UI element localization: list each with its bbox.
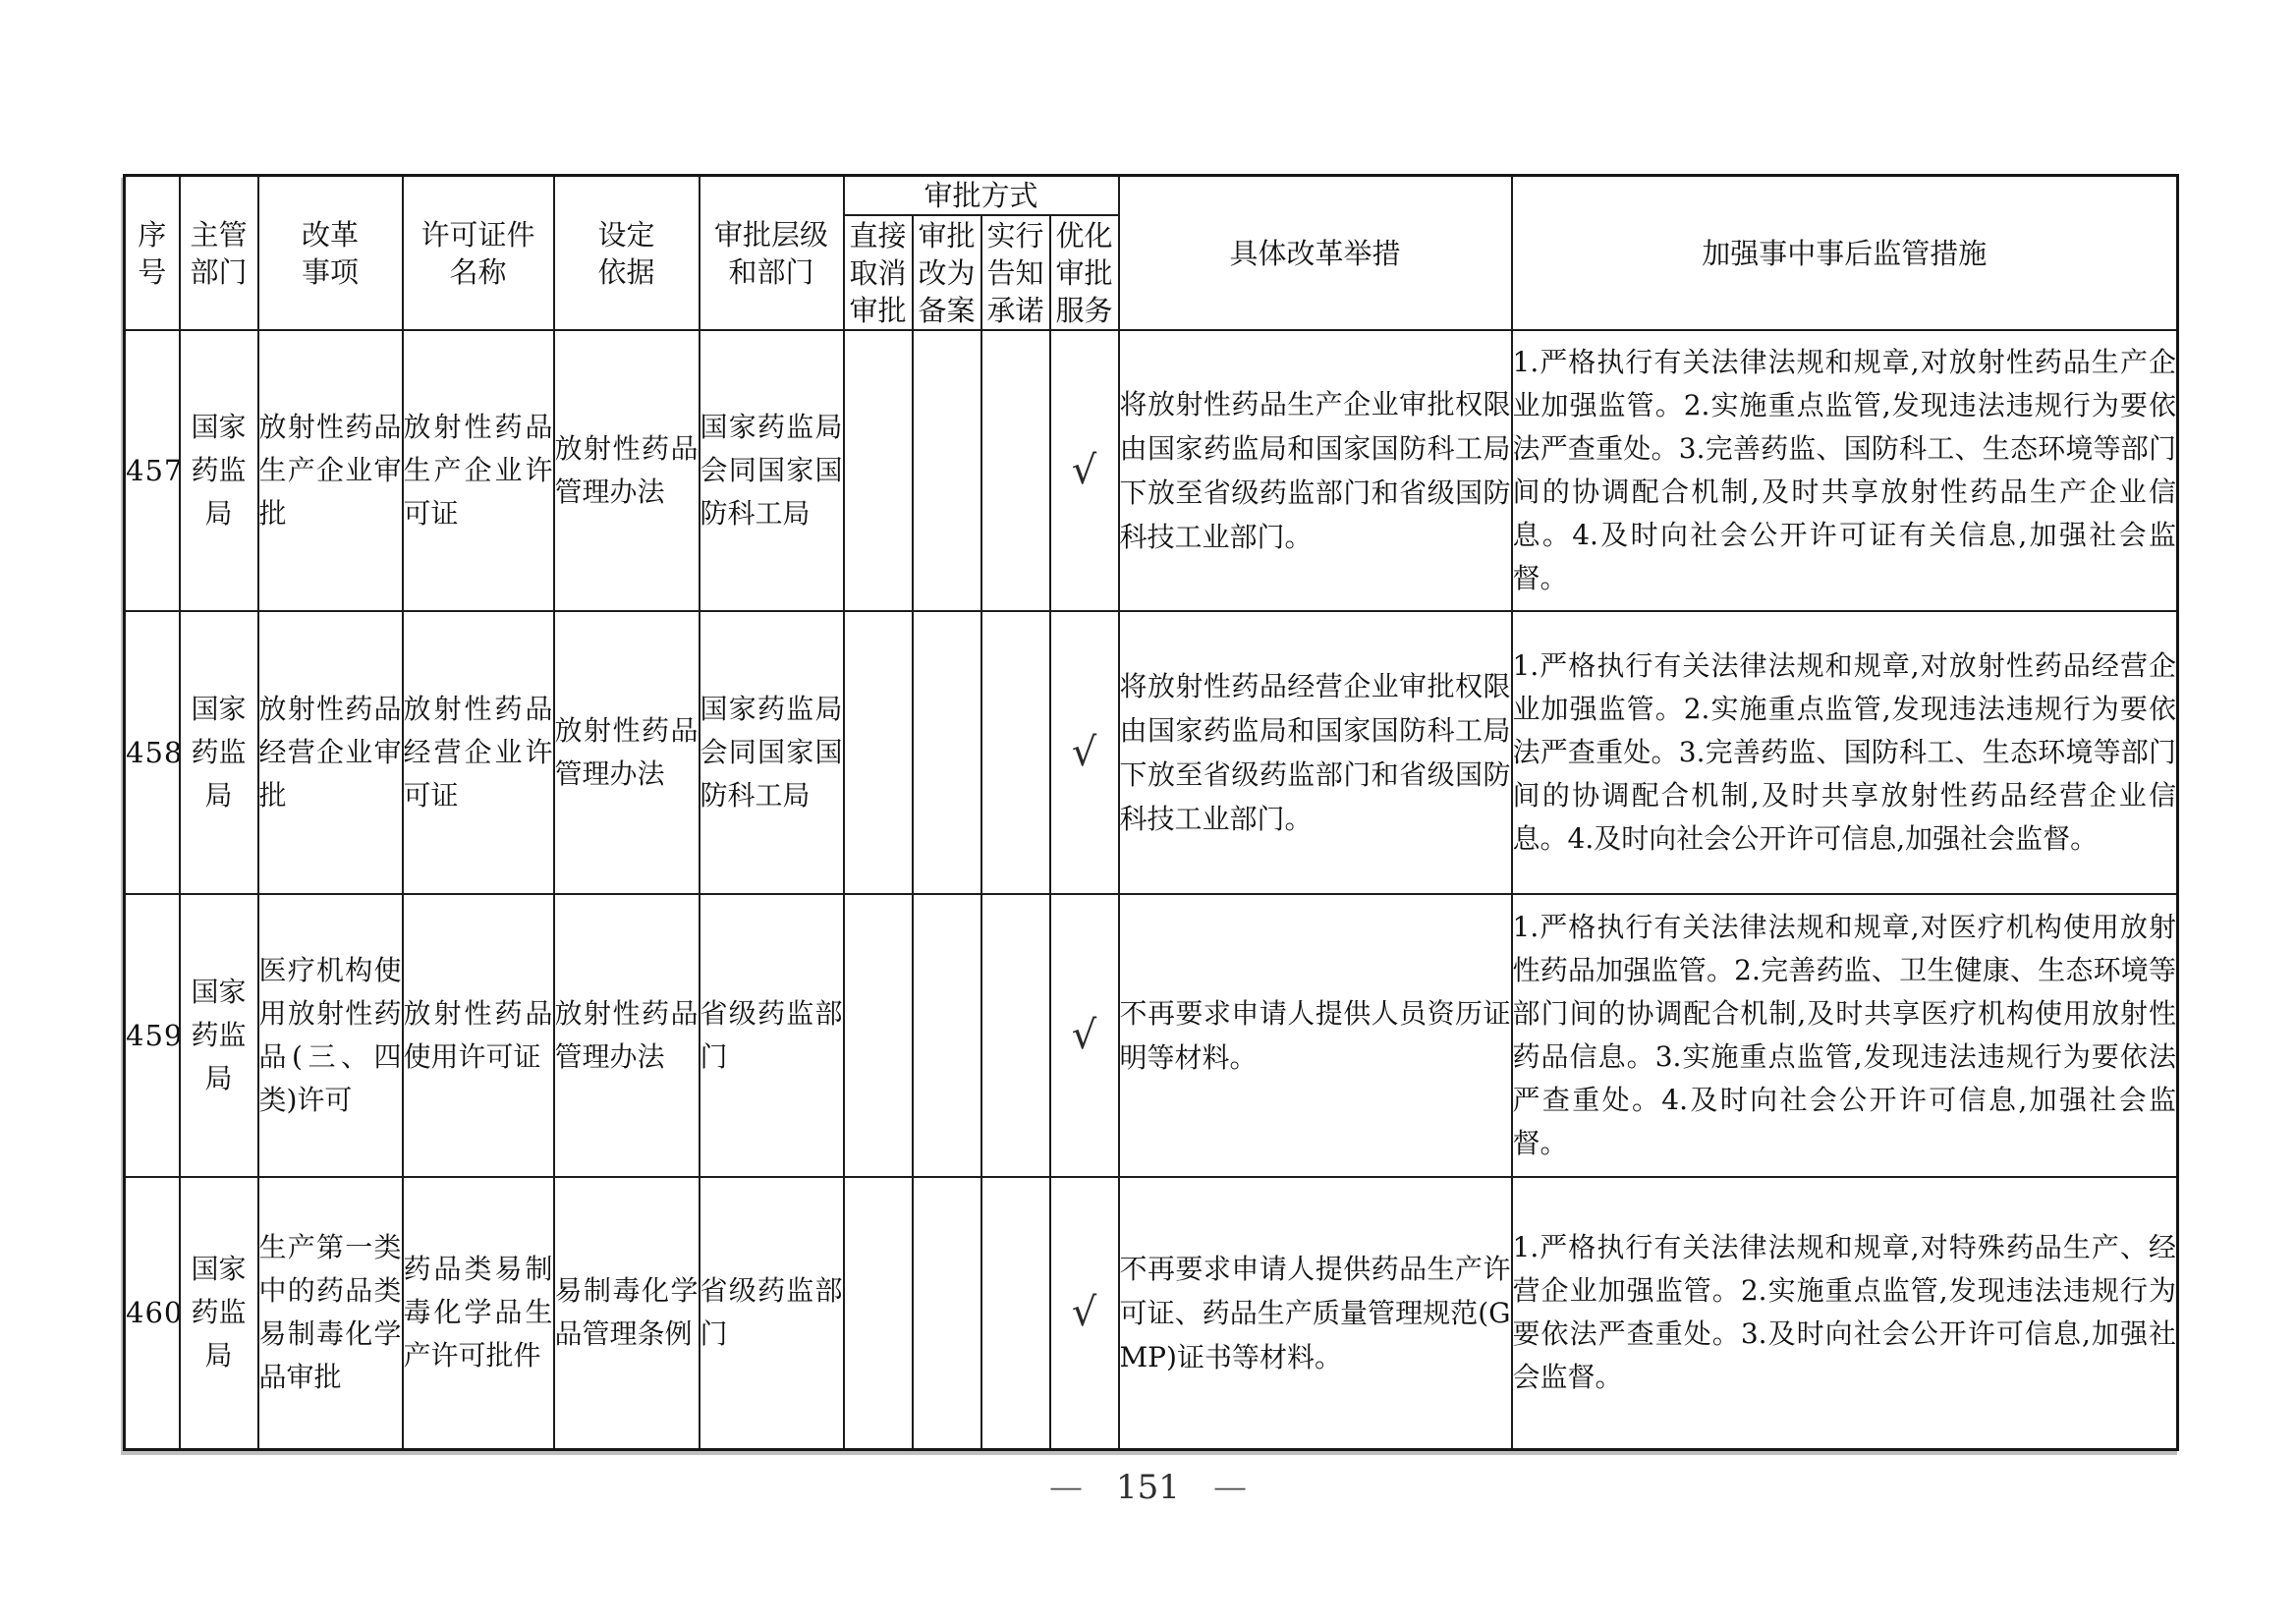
cell-approval-level: 省级药监部门: [700, 894, 844, 1177]
footer-right-dash: —: [1213, 1472, 1247, 1503]
cell-dept: 国家药监局: [180, 1177, 258, 1449]
cell-license-name: 放射性药品使用许可证: [403, 894, 554, 1177]
cell-seq: 457: [125, 330, 180, 611]
cell-license-name: 放射性药品经营企业许可证: [403, 611, 554, 894]
cell-measures: 将放射性药品生产企业审批权限由国家药监局和国家国防科工局下放至省级药监部门和省级…: [1119, 330, 1512, 611]
cell-seq: 460: [125, 1177, 180, 1449]
cell-basis: 放射性药品管理办法: [554, 611, 700, 894]
cell-approval-level: 国家药监局会同国家国防科工局: [700, 611, 844, 894]
cell-check-commitment: [981, 611, 1050, 894]
cell-reform-item: 生产第一类中的药品类易制毒化学品审批: [258, 1177, 403, 1449]
table-row-460: 460 国家药监局 生产第一类中的药品类易制毒化学品审批 药品类易制毒化学品生产…: [125, 1177, 2178, 1449]
document-page: 序 号 主管 部门 改革 事项 许可证件 名称 设定 依据 审批层级 和部门 审…: [0, 0, 2296, 1624]
cell-check-commitment: [981, 330, 1050, 611]
cell-check-filing: [913, 611, 981, 894]
cell-dept: 国家药监局: [180, 611, 258, 894]
cell-seq: 459: [125, 894, 180, 1177]
header-basis: 设定 依据: [554, 176, 700, 331]
cell-measures: 将放射性药品经营企业审批权限由国家药监局和国家国防科工局下放至省级药监部门和省级…: [1119, 611, 1512, 894]
footer-left-dash: —: [1049, 1472, 1083, 1503]
header-supervision: 加强事中事后监管措施: [1512, 176, 2178, 331]
header-license-name: 许可证件 名称: [403, 176, 554, 331]
header-measures: 具体改革举措: [1119, 176, 1512, 331]
cell-check-filing: [913, 1177, 981, 1449]
cell-basis: 放射性药品管理办法: [554, 894, 700, 1177]
header-sub-filing: 审批 改为 备案: [913, 215, 981, 330]
cell-supervision: 1.严格执行有关法律法规和规章,对放射性药品生产企业加强监管。2.实施重点监管,…: [1512, 330, 2178, 611]
cell-approval-level: 国家药监局会同国家国防科工局: [700, 330, 844, 611]
check-mark-optimize: √: [1050, 611, 1119, 894]
page-footer: — 151 —: [0, 1468, 2296, 1507]
header-seq: 序 号: [125, 176, 180, 331]
cell-check-cancel: [844, 894, 913, 1177]
header-approval-method: 审批方式: [844, 176, 1119, 216]
table-row-457: 457 国家药监局 放射性药品生产企业审批 放射性药品生产企业许可证 放射性药品…: [125, 330, 2178, 611]
header-row-1: 序 号 主管 部门 改革 事项 许可证件 名称 设定 依据 审批层级 和部门 审…: [125, 176, 2178, 216]
check-mark-optimize: √: [1050, 894, 1119, 1177]
cell-reform-item: 放射性药品经营企业审批: [258, 611, 403, 894]
cell-measures: 不再要求申请人提供药品生产许可证、药品生产质量管理规范(GMP)证书等材料。: [1119, 1177, 1512, 1449]
cell-check-cancel: [844, 330, 913, 611]
check-mark-optimize: √: [1050, 1177, 1119, 1449]
cell-check-filing: [913, 330, 981, 611]
cell-supervision: 1.严格执行有关法律法规和规章,对医疗机构使用放射性药品加强监管。2.完善药监、…: [1512, 894, 2178, 1177]
cell-basis: 放射性药品管理办法: [554, 330, 700, 611]
cell-check-commitment: [981, 1177, 1050, 1449]
cell-check-filing: [913, 894, 981, 1177]
cell-check-cancel: [844, 611, 913, 894]
cell-license-name: 药品类易制毒化学品生产许可批件: [403, 1177, 554, 1449]
cell-check-cancel: [844, 1177, 913, 1449]
table-row-458: 458 国家药监局 放射性药品经营企业审批 放射性药品经营企业许可证 放射性药品…: [125, 611, 2178, 894]
header-approval-level: 审批层级 和部门: [700, 176, 844, 331]
cell-seq: 458: [125, 611, 180, 894]
cell-dept: 国家药监局: [180, 330, 258, 611]
cell-license-name: 放射性药品生产企业许可证: [403, 330, 554, 611]
table-header: 序 号 主管 部门 改革 事项 许可证件 名称 设定 依据 审批层级 和部门 审…: [125, 176, 2178, 331]
header-sub-commitment: 实行 告知 承诺: [981, 215, 1050, 330]
cell-supervision: 1.严格执行有关法律法规和规章,对放射性药品经营企业加强监管。2.实施重点监管,…: [1512, 611, 2178, 894]
cell-dept: 国家药监局: [180, 894, 258, 1177]
cell-supervision: 1.严格执行有关法律法规和规章,对特殊药品生产、经营企业加强监管。2.实施重点监…: [1512, 1177, 2178, 1449]
cell-measures: 不再要求申请人提供人员资历证明等材料。: [1119, 894, 1512, 1177]
header-sub-cancel: 直接 取消 审批: [844, 215, 913, 330]
cell-reform-item: 医疗机构使用放射性药品(三、四类)许可: [258, 894, 403, 1177]
approval-reform-table: 序 号 主管 部门 改革 事项 许可证件 名称 设定 依据 审批层级 和部门 审…: [123, 174, 2179, 1451]
table-row-459: 459 国家药监局 医疗机构使用放射性药品(三、四类)许可 放射性药品使用许可证…: [125, 894, 2178, 1177]
header-dept: 主管 部门: [180, 176, 258, 331]
cell-check-commitment: [981, 894, 1050, 1177]
header-sub-optimize: 优化 审批 服务: [1050, 215, 1119, 330]
check-mark-optimize: √: [1050, 330, 1119, 611]
header-reform-item: 改革 事项: [258, 176, 403, 331]
cell-approval-level: 省级药监部门: [700, 1177, 844, 1449]
page-number: 151: [1116, 1468, 1180, 1507]
cell-reform-item: 放射性药品生产企业审批: [258, 330, 403, 611]
cell-basis: 易制毒化学品管理条例: [554, 1177, 700, 1449]
